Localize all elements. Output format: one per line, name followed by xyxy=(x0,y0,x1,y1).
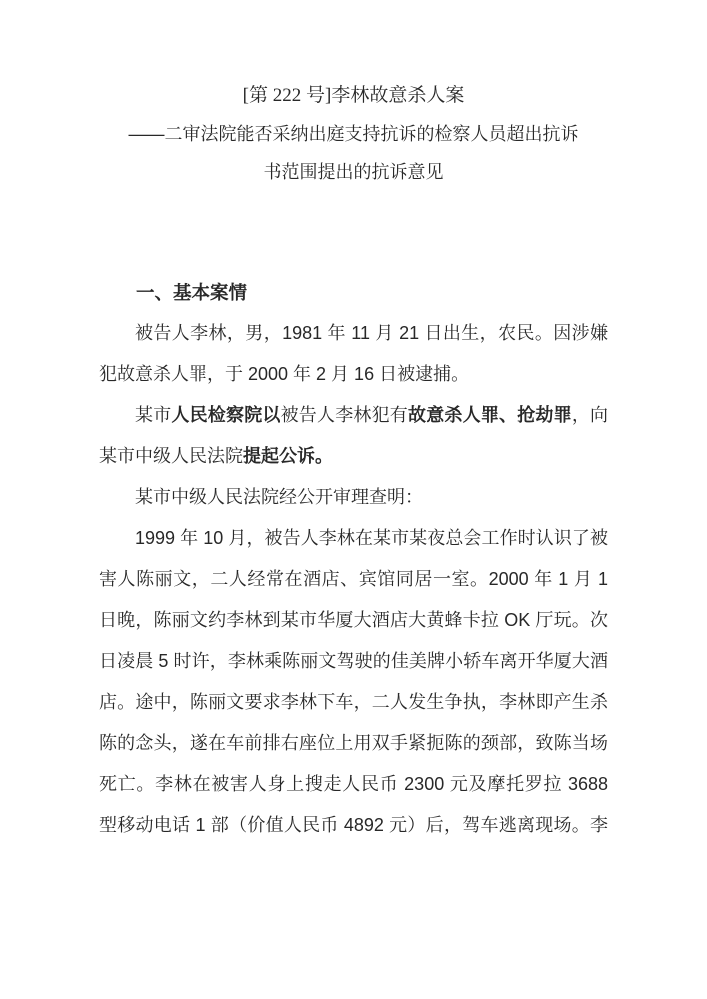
body-line: 日凌晨 5 时许，李林乘陈丽文驾驶的佳美牌小轿车离开华厦大酒 xyxy=(99,641,608,682)
text-segment: 犯故意杀人罪，于 2000 年 2 月 16 日被逮捕。 xyxy=(99,364,469,384)
text-segment: 被告人李林犯有 xyxy=(281,405,408,425)
body-line: 被告人李林，男，1981 年 11 月 21 日出生，农民。因涉嫌 xyxy=(99,313,608,354)
body-line: 型移动电话 1 部（价值人民币 4892 元）后，驾车逃离现场。李 xyxy=(99,805,608,846)
body-line: 某市人民检察院以被告人李林犯有故意杀人罪、抢劫罪，向 xyxy=(99,395,608,436)
text-segment: 日晚，陈丽文约李林到某市华厦大酒店大黄蜂卡拉 OK 厅玩。次 xyxy=(99,610,608,630)
paragraph: 1999 年 10 月，被告人李林在某市某夜总会工作时认识了被害人陈丽文，二人经… xyxy=(99,518,608,846)
text-segment: 某市中级人民法院 xyxy=(99,446,243,466)
document-body: 被告人李林，男，1981 年 11 月 21 日出生，农民。因涉嫌犯故意杀人罪，… xyxy=(99,313,608,846)
body-line: 某市中级人民法院经公开审理查明： xyxy=(99,477,608,518)
body-line: 日晚，陈丽文约李林到某市华厦大酒店大黄蜂卡拉 OK 厅玩。次 xyxy=(99,600,608,641)
text-segment: 某市 xyxy=(135,405,171,425)
subtitle-line-1: ——二审法院能否采纳出庭支持抗诉的检察人员超出抗诉 xyxy=(99,115,608,153)
body-line: 1999 年 10 月，被告人李林在某市某夜总会工作时认识了被 xyxy=(99,518,608,559)
text-segment: 店。途中，陈丽文要求李林下车，二人发生争执，李林即产生杀 xyxy=(99,692,608,712)
bold-text-segment: 人民检察院以 xyxy=(171,405,280,425)
bold-text-segment: 故意杀人罪、抢劫罪 xyxy=(408,405,572,425)
text-segment: 型移动电话 1 部（价值人民币 4892 元）后，驾车逃离现场。李 xyxy=(99,815,608,835)
text-segment: 被告人李林，男，1981 年 11 月 21 日出生，农民。因涉嫌 xyxy=(135,323,608,343)
document-title: [第 222 号]李林故意杀人案 xyxy=(99,77,608,115)
text-segment: 死亡。李林在被害人身上搜走人民币 2300 元及摩托罗拉 3688 xyxy=(99,774,608,794)
text-segment: 陈的念头，遂在车前排右座位上用双手紧扼陈的颈部，致陈当场 xyxy=(99,733,608,753)
text-segment: 害人陈丽文，二人经常在酒店、宾馆同居一室。2000 年 1 月 1 xyxy=(99,569,608,589)
body-line: 害人陈丽文，二人经常在酒店、宾馆同居一室。2000 年 1 月 1 xyxy=(99,559,608,600)
text-segment: 某市中级人民法院经公开审理查明： xyxy=(135,487,423,507)
document-page: [第 222 号]李林故意杀人案 ——二审法院能否采纳出庭支持抗诉的检察人员超出… xyxy=(0,0,707,999)
paragraph: 某市人民检察院以被告人李林犯有故意杀人罪、抢劫罪，向某市中级人民法院提起公诉。 xyxy=(99,395,608,477)
bold-text-segment: 提起公诉。 xyxy=(243,446,333,466)
body-line: 店。途中，陈丽文要求李林下车，二人发生争执，李林即产生杀 xyxy=(99,682,608,723)
paragraph: 被告人李林，男，1981 年 11 月 21 日出生，农民。因涉嫌犯故意杀人罪，… xyxy=(99,313,608,395)
text-segment: 日凌晨 5 时许，李林乘陈丽文驾驶的佳美牌小轿车离开华厦大酒 xyxy=(99,651,608,671)
subtitle-line-2: 书范围提出的抗诉意见 xyxy=(99,153,608,191)
text-segment: ，向 xyxy=(572,405,608,425)
text-segment: 1999 年 10 月，被告人李林在某市某夜总会工作时认识了被 xyxy=(135,528,608,548)
document-subtitle: ——二审法院能否采纳出庭支持抗诉的检察人员超出抗诉 书范围提出的抗诉意见 xyxy=(99,115,608,191)
paragraph: 某市中级人民法院经公开审理查明： xyxy=(99,477,608,518)
section-heading: 一、基本案情 xyxy=(99,272,608,313)
body-line: 陈的念头，遂在车前排右座位上用双手紧扼陈的颈部，致陈当场 xyxy=(99,723,608,764)
body-line: 死亡。李林在被害人身上搜走人民币 2300 元及摩托罗拉 3688 xyxy=(99,764,608,805)
body-line: 某市中级人民法院提起公诉。 xyxy=(99,436,608,477)
body-line: 犯故意杀人罪，于 2000 年 2 月 16 日被逮捕。 xyxy=(99,354,608,395)
